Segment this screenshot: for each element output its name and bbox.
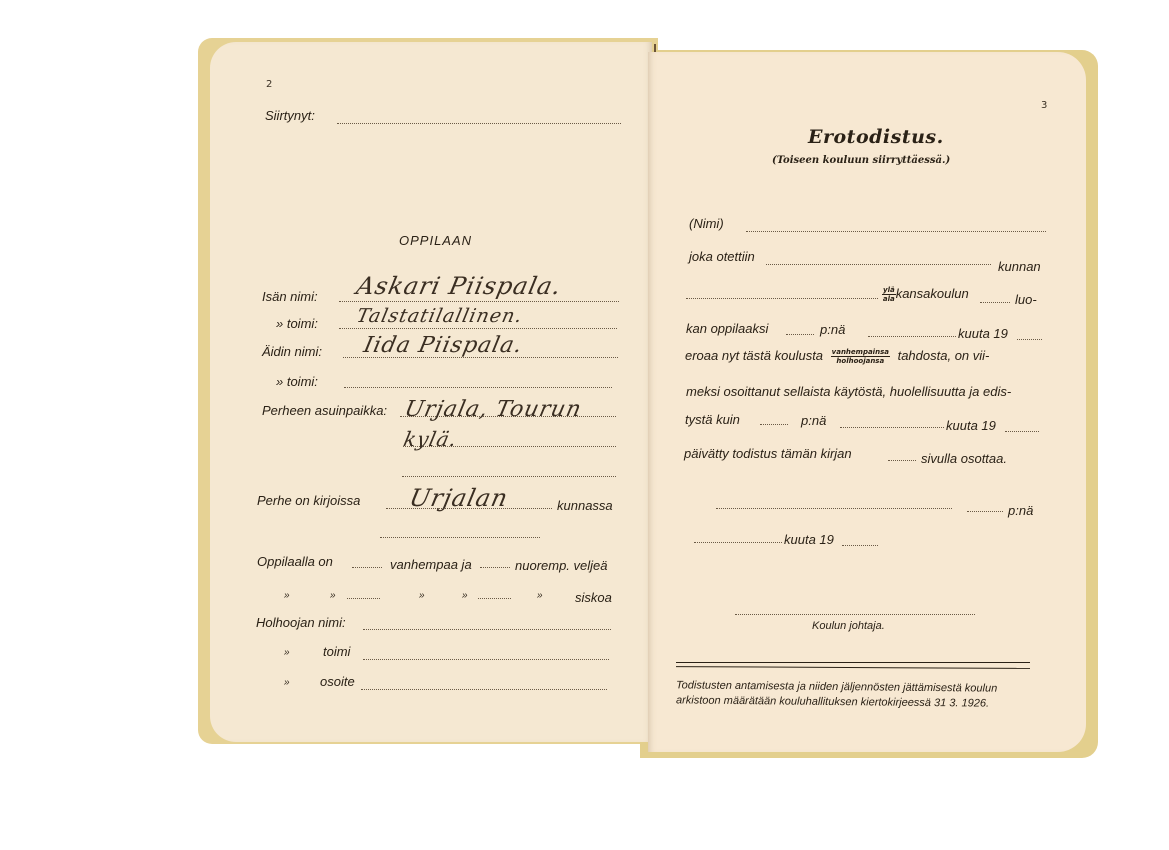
- student-name-field[interactable]: [746, 231, 1046, 232]
- ditto-mark-2: »: [330, 590, 336, 601]
- ditto-mark-6: »: [284, 647, 290, 658]
- school-name-field[interactable]: [686, 298, 878, 299]
- parents-guardian-fraction: vanhempainsaholhoojansa: [831, 348, 890, 365]
- footnote-rule-top: [676, 662, 1030, 663]
- issue-day-label: p:nä: [1008, 503, 1033, 518]
- issue-year-field[interactable]: [842, 545, 878, 546]
- guardian-name-field[interactable]: [363, 629, 611, 630]
- father-job-field[interactable]: [339, 328, 617, 329]
- certificate-day-field[interactable]: [760, 424, 788, 425]
- father-job-handwriting: Talstatilallinen.: [355, 305, 525, 327]
- mother-name-handwriting: Iida Piispala.: [361, 333, 525, 358]
- admission-month-label: kuuta 19: [958, 326, 1008, 341]
- section-heading: OPPILAAN: [399, 233, 472, 248]
- class-field[interactable]: [980, 302, 1010, 303]
- page-ref-text: sivulla osottaa.: [921, 451, 1007, 466]
- certificate-month-label: kuuta 19: [946, 418, 996, 433]
- page-number-right: 3: [1041, 100, 1047, 111]
- siirtynyt-field[interactable]: [337, 123, 621, 124]
- ditto-mark-3: »: [419, 590, 425, 601]
- left-page: [210, 42, 652, 742]
- ditto-mark-7: »: [284, 677, 290, 688]
- issue-place-field[interactable]: [716, 508, 952, 509]
- guardian-address-label: osoite: [320, 674, 355, 689]
- admission-month-field[interactable]: [868, 336, 956, 337]
- residence-field-3[interactable]: [402, 476, 616, 477]
- issue-day-field[interactable]: [967, 511, 1003, 512]
- signature-field[interactable]: [735, 614, 975, 615]
- open-booklet: 2 Siirtynyt: OPPILAAN Isän nimi: Askari …: [0, 0, 1169, 850]
- issue-month-field[interactable]: [694, 542, 782, 543]
- residence-handwriting-2: kylä.: [401, 427, 459, 451]
- father-job-label: » toimi:: [276, 316, 318, 331]
- issue-month-label: kuuta 19: [784, 532, 834, 547]
- class-label-end: kan oppilaaksi: [686, 321, 768, 336]
- class-label-start: luo-: [1015, 292, 1037, 307]
- signature-label: Koulun johtaja.: [812, 620, 885, 632]
- registered-suffix: kunnassa: [557, 498, 613, 513]
- certificate-year-field[interactable]: [1005, 431, 1039, 432]
- guardian-name-label: Holhoojan nimi:: [256, 615, 346, 630]
- certificate-day-label: p:nä: [801, 413, 826, 428]
- father-name-label: Isän nimi:: [262, 289, 318, 304]
- residence-handwriting-1: Urjala, Tourun: [402, 397, 584, 422]
- municipality-suffix: kunnan: [998, 259, 1041, 274]
- leaves-text: eroaa nyt tästä koulusta vanhempainsahol…: [685, 348, 989, 365]
- admitted-label: joka otettiin: [689, 249, 755, 264]
- older-sisters-count-field[interactable]: [347, 598, 380, 599]
- certificate-title: Erotodistus.: [808, 126, 944, 148]
- admission-day-label: p:nä: [820, 322, 845, 337]
- municipality-field[interactable]: [766, 264, 991, 265]
- ditto-mark-5: »: [537, 590, 543, 601]
- certificate-month-field[interactable]: [840, 427, 944, 428]
- registered-handwriting: Urjalan: [407, 484, 511, 512]
- younger-sisters-count-field[interactable]: [478, 598, 511, 599]
- ditto-mark-1: »: [284, 590, 290, 601]
- siblings-label: Oppilaalla on: [257, 554, 333, 569]
- registered-label: Perhe on kirjoissa: [257, 493, 360, 508]
- name-label: (Nimi): [689, 216, 724, 231]
- sisters-suffix: siskoa: [575, 590, 612, 605]
- progress-text: tystä kuin: [685, 412, 740, 427]
- certificate-subtitle: (Toiseen kouluun siirryttäessä.): [772, 155, 950, 166]
- conduct-text: meksi osoittanut sellaista käytöstä, huo…: [686, 384, 1011, 399]
- registered-field-2[interactable]: [380, 537, 540, 538]
- father-name-field[interactable]: [339, 301, 619, 302]
- page-number-left: 2: [266, 79, 272, 90]
- residence-label: Perheen asuinpaikka:: [262, 403, 387, 418]
- ditto-mark-4: »: [462, 590, 468, 601]
- siirtynyt-label: Siirtynyt:: [265, 108, 315, 123]
- guardian-job-field[interactable]: [363, 659, 609, 660]
- siblings-younger-text: nuoremp. veljeä: [515, 558, 608, 573]
- certificate-text: päivätty todistus tämän kirjan: [684, 446, 852, 461]
- admission-year-field[interactable]: [1017, 339, 1042, 340]
- mother-name-label: Äidin nimi:: [262, 344, 322, 359]
- guardian-job-label: toimi: [323, 644, 350, 659]
- page-ref-field[interactable]: [888, 460, 916, 461]
- guardian-address-field[interactable]: [361, 689, 607, 690]
- siblings-older-text: vanhempaa ja: [390, 557, 472, 572]
- mother-job-label: » toimi:: [276, 374, 318, 389]
- upper-lower-fraction: yläala: [882, 286, 896, 303]
- mother-job-field[interactable]: [344, 387, 612, 388]
- admission-day-field[interactable]: [786, 334, 814, 335]
- school-type-row: yläalakansakoulun: [882, 286, 969, 303]
- younger-brothers-count-field[interactable]: [480, 567, 510, 568]
- father-name-handwriting: Askari Piispala.: [354, 272, 564, 300]
- older-brothers-count-field[interactable]: [352, 567, 382, 568]
